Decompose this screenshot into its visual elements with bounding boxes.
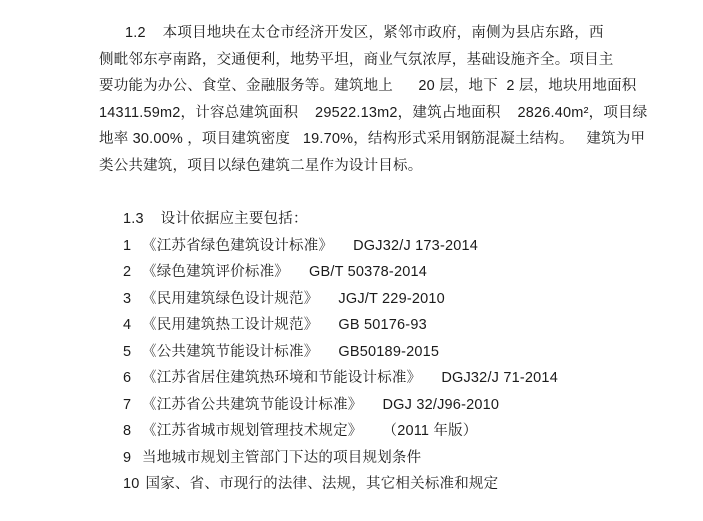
- standard-title: 国家、省、市现行的法律、法规，其它相关标准和规定: [146, 471, 499, 498]
- list-item-number: 4: [123, 312, 136, 339]
- paragraph-line: 侧毗邻东亭南路，交通便利，地势平坦，商业气氛浓厚，基础设施齐全。项目主: [99, 47, 663, 74]
- document-content: 1.2 本项目地块在太仓市经济开发区，紧邻市政府，南侧为县店东路，西 侧毗邻东亭…: [99, 20, 663, 498]
- list-item-number: 10: [123, 471, 140, 498]
- list-item: 1 《江苏省绿色建筑设计标准》 DGJ32/J 173-2014: [99, 233, 663, 260]
- standard-title: 《民用建筑绿色设计规范》: [142, 286, 318, 313]
- list-item-number: 9: [123, 445, 136, 472]
- design-basis-list: 1 《江苏省绿色建筑设计标准》 DGJ32/J 173-2014 2 《绿色建筑…: [99, 233, 663, 498]
- paragraph-line: 要功能为办公、食堂、金融服务等。建筑地上 20 层，地下 2 层，地块用地面积: [99, 73, 663, 100]
- document-page: 1.2 本项目地块在太仓市经济开发区，紧邻市政府，南侧为县店东路，西 侧毗邻东亭…: [0, 0, 703, 521]
- standard-code: JGJ/T 229-2010: [338, 286, 445, 313]
- list-item-number: 8: [123, 418, 136, 445]
- list-item-number: 2: [123, 259, 136, 286]
- list-item-number: 7: [123, 392, 136, 419]
- list-item: 5 《公共建筑节能设计标准》 GB50189-2015: [99, 339, 663, 366]
- list-item: 2 《绿色建筑评价标准》 GB/T 50378-2014: [99, 259, 663, 286]
- list-item: 3 《民用建筑绿色设计规范》 JGJ/T 229-2010: [99, 286, 663, 313]
- list-item: 4 《民用建筑热工设计规范》 GB 50176-93: [99, 312, 663, 339]
- list-item: 7 《江苏省公共建筑节能设计标准》 DGJ 32/J96-2010: [99, 392, 663, 419]
- list-item: 10 国家、省、市现行的法律、法规，其它相关标准和规定: [99, 471, 663, 498]
- standard-code: DGJ32/J 71-2014: [441, 365, 558, 392]
- standard-title: 《江苏省绿色建筑设计标准》: [142, 233, 333, 260]
- paragraph-line: 类公共建筑，项目以绿色建筑二星作为设计目标。: [99, 153, 663, 180]
- paragraph-1-2: 1.2 本项目地块在太仓市经济开发区，紧邻市政府，南侧为县店东路，西 侧毗邻东亭…: [99, 20, 663, 179]
- list-item: 6 《江苏省居住建筑热环境和节能设计标准》 DGJ32/J 71-2014: [99, 365, 663, 392]
- standard-code: （2011 年版）: [383, 418, 478, 445]
- standard-title: 当地城市规划主管部门下达的项目规划条件: [142, 445, 421, 472]
- standard-title: 《江苏省城市规划管理技术规定》: [142, 418, 363, 445]
- standard-code: GB 50176-93: [338, 312, 426, 339]
- standard-title: 《江苏省居住建筑热环境和节能设计标准》: [142, 365, 421, 392]
- standard-code: GB/T 50378-2014: [309, 259, 427, 286]
- standard-code: DGJ32/J 173-2014: [353, 233, 478, 260]
- standard-title: 《江苏省公共建筑节能设计标准》: [142, 392, 363, 419]
- standard-code: GB50189-2015: [338, 339, 439, 366]
- list-item-number: 5: [123, 339, 136, 366]
- standard-title: 《民用建筑热工设计规范》: [142, 312, 318, 339]
- paragraph-line: 14311.59m2，计容总建筑面积 29522.13m2，建筑占地面积 282…: [99, 100, 663, 127]
- paragraph-line: 1.2 本项目地块在太仓市经济开发区，紧邻市政府，南侧为县店东路，西: [99, 20, 663, 47]
- list-item-number: 1: [123, 233, 136, 260]
- list-item: 8 《江苏省城市规划管理技术规定》 （2011 年版）: [99, 418, 663, 445]
- section-1-3-heading: 1.3 设计依据应主要包括：: [99, 206, 663, 233]
- list-item-number: 6: [123, 365, 136, 392]
- standard-title: 《绿色建筑评价标准》: [142, 259, 289, 286]
- standard-title: 《公共建筑节能设计标准》: [142, 339, 318, 366]
- standard-code: DGJ 32/J96-2010: [383, 392, 500, 419]
- list-item-number: 3: [123, 286, 136, 313]
- list-item: 9 当地城市规划主管部门下达的项目规划条件: [99, 445, 663, 472]
- paragraph-line: 地率 30.00% ，项目建筑密度 19.70%，结构形式采用钢筋混凝土结构。 …: [99, 126, 663, 153]
